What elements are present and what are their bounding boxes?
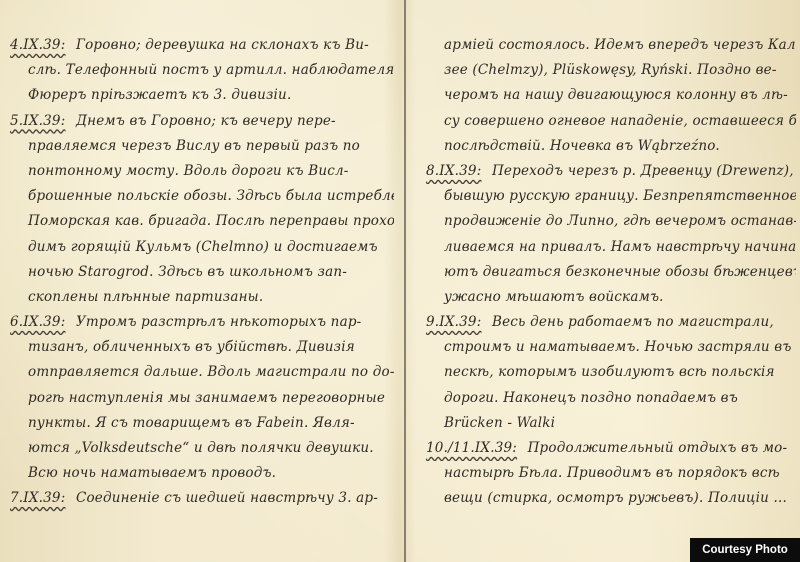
entry-line: Фюреръ пріѣзжаетъ къ 3. дивизіи.	[10, 83, 394, 108]
entry-text: Переходъ черезъ р. Древенцу (Drewenz),	[492, 163, 794, 179]
entry-line: Всю ночь наматываемъ проводъ.	[10, 461, 394, 486]
entry-line: дороги. Наконецъ поздно попадаемъ въ	[426, 386, 796, 411]
diary-spread: 4.IX.39: Горовно; деревушка на склонахъ …	[0, 0, 800, 562]
entry-line: пункты. Я съ товарищемъ въ Fabein. Явля-	[10, 411, 394, 436]
entry-text: Весь день работаемъ по магистрали,	[492, 314, 774, 330]
entry-line: димъ горящій Кульмъ (Chelmno) и достигае…	[10, 235, 394, 260]
entry-text: Продолжительный отдыхъ въ мо-	[528, 440, 788, 456]
entry-date: 8.IX.39:	[426, 163, 481, 179]
right-page: арміей состоялось. Идемъ впередъ черезъ …	[410, 0, 800, 562]
entry-line: 9.IX.39: Весь день работаемъ по магистра…	[426, 310, 796, 335]
entry-line: ужасно мѣшаютъ войскамъ.	[426, 285, 796, 310]
entry-line: продвиженіе до Липно, гдѣ вечеромъ остан…	[426, 209, 796, 234]
left-page: 4.IX.39: Горовно; деревушка на склонахъ …	[0, 0, 400, 562]
entry-line: бывшую русскую границу. Безпрепятственно…	[426, 184, 796, 209]
entry-line: зее (Chelmzy), Plüskowęsy, Ryński. Поздн…	[426, 58, 796, 83]
entry-date: 5.IX.39:	[10, 113, 65, 129]
photo-credit-badge: Courtesy Photo	[690, 538, 800, 562]
entry-line: арміей состоялось. Идемъ впередъ черезъ …	[426, 33, 796, 58]
entry-line: брошенные польскіе обозы. Здѣсь была ист…	[10, 184, 394, 209]
entry-date: 6.IX.39:	[10, 314, 65, 330]
entry-line: 8.IX.39: Переходъ черезъ р. Древенцу (Dr…	[426, 159, 796, 184]
entry-line: 5.IX.39: Днемъ въ Горовно; къ вечеру пер…	[10, 109, 394, 134]
entry-line: строимъ и наматываемъ. Ночью застряли въ	[426, 335, 796, 360]
entry-line: 7.IX.39: Соединеніе съ шедшей навстрѣчу …	[10, 486, 394, 511]
entry-line: 6.IX.39: Утромъ разстрѣлъ нѣкоторыхъ пар…	[10, 310, 394, 335]
entry-line: черомъ на нашу двигающуюся колонну въ лѣ…	[426, 83, 796, 108]
page-gutter-divider	[404, 0, 406, 562]
entry-line: 4.IX.39: Горовно; деревушка на склонахъ …	[10, 33, 394, 58]
entry-line: Brücken - Walki	[426, 411, 796, 436]
entry-line: настырѣ Бѣла. Приводимъ въ порядокъ всѣ	[426, 461, 796, 486]
entry-line: правляемся черезъ Вислу въ первый разъ п…	[10, 134, 394, 159]
entry-line: ночью Starogrod. Здѣсь въ школьномъ зап-	[10, 260, 394, 285]
entry-line: вещи (стирка, осмотръ ружьевъ). Полиціи …	[426, 486, 796, 511]
entry-line: 10./11.IX.39: Продолжительный отдыхъ въ …	[426, 436, 796, 461]
entry-date: 4.IX.39:	[10, 37, 65, 53]
entry-line: рогѣ наступленія мы занимаемъ переговорн…	[10, 386, 394, 411]
entry-line: отправляется дальше. Вдоль магистрали по…	[10, 360, 394, 385]
entry-line: ливаемся на привалъ. Намъ навстрѣчу начи…	[426, 235, 796, 260]
entry-line: ются „Volksdeutsche“ и двѣ полячки девуш…	[10, 436, 394, 461]
entry-text: Горовно; деревушка на склонахъ къ Ви-	[76, 37, 369, 53]
entry-text: Соединеніе съ шедшей навстрѣчу 3. ар-	[76, 490, 378, 506]
entry-text: Днемъ въ Горовно; къ вечеру пере-	[76, 113, 336, 129]
entry-line: Поморская кав. бригада. Послѣ переправы …	[10, 209, 394, 234]
entry-line: понтонному мосту. Вдоль дороги къ Висл-	[10, 159, 394, 184]
entry-date: 7.IX.39:	[10, 490, 65, 506]
entry-line: скоплены плѣнные партизаны.	[10, 285, 394, 310]
entry-date: 9.IX.39:	[426, 314, 481, 330]
entry-line: слѣ. Телефонный постъ у артилл. наблюдат…	[10, 58, 394, 83]
entry-line: тизанъ, обличенныхъ въ убійствѣ. Дивизія	[10, 335, 394, 360]
entry-date: 10./11.IX.39:	[426, 440, 517, 456]
entry-text: Утромъ разстрѣлъ нѣкоторыхъ пар-	[76, 314, 361, 330]
entry-line: послѣдствій. Ночевка въ Wąbrzeźno.	[426, 134, 796, 159]
entry-line: ютъ двигаться безконечные обозы бѣженцев…	[426, 260, 796, 285]
entry-line: су совершено огневое нападеніе, оставшее…	[426, 109, 796, 134]
entry-line: пескѣ, которымъ изобилуютъ всѣ польскія	[426, 360, 796, 385]
